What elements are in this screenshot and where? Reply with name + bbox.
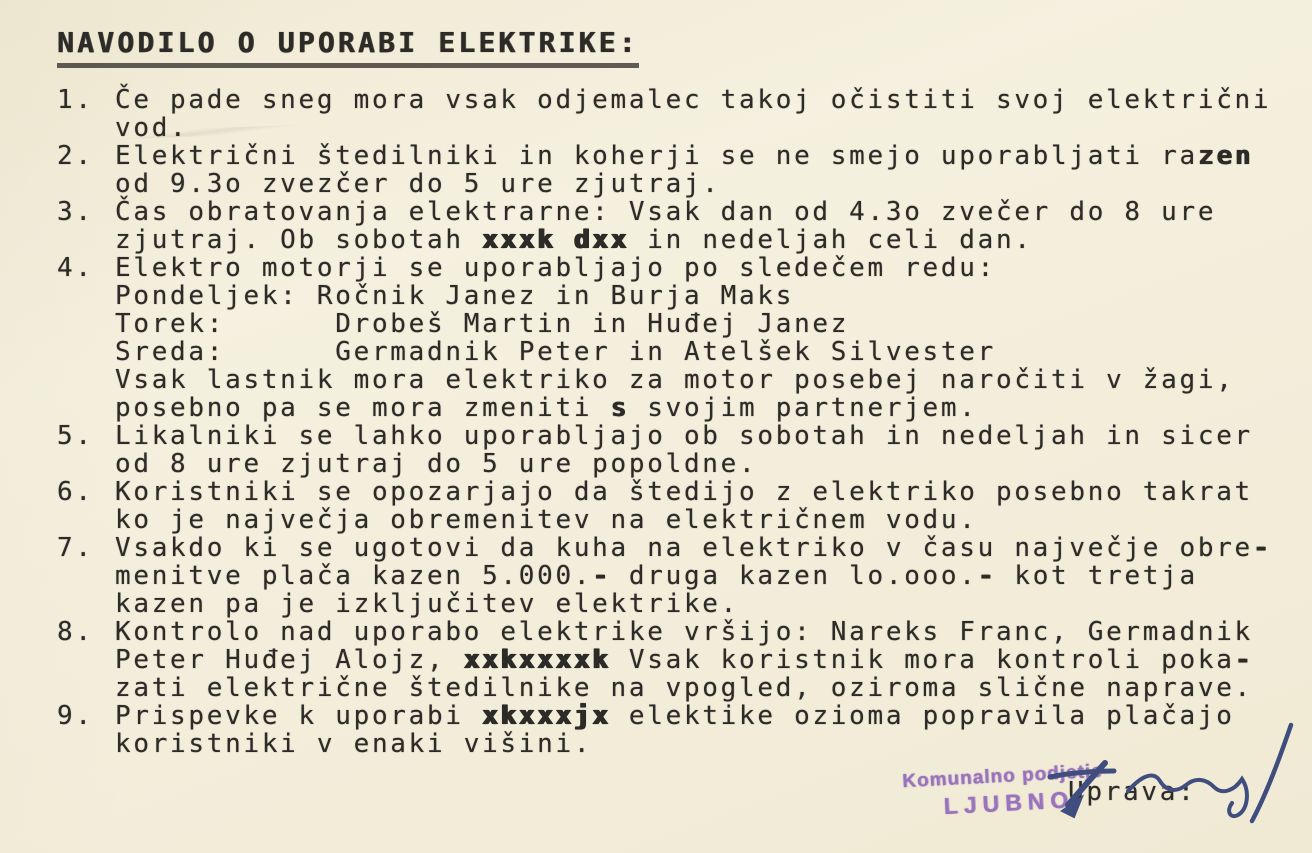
text-line: od 8 ure zjutraj do 5 ure popoldne. [115,450,1253,478]
item-number: 8. [57,618,115,702]
text-segment: svojim partnerjem. [629,393,978,423]
list-item: 9.Prispevke k uporabi xkxxxjx elektike o… [57,702,1292,758]
text-line: menitve plača kazen 5.000.- druga kazen … [115,562,1271,590]
text-segment: vod. [115,113,188,143]
text-segment: Vsak lastnik mora elektriko za motor pos… [115,365,1235,395]
text-segment: Peter Huđej Alojz, [115,645,464,675]
item-text: Električni štedilniki in koherji se ne s… [115,142,1253,198]
text-line: Vsakdo ki se ugotovi da kuha na elektrik… [115,534,1271,562]
text-segment: Elektro motorji se uporabljajo po sledeč… [115,253,996,283]
list-item: 6.Koristniki se opozarjajo da štedijo z … [57,478,1292,534]
text-segment: kazen pa je izključitev elektrike. [115,589,739,619]
item-number: 6. [57,478,115,534]
item-text: Vsakdo ki se ugotovi da kuha na elektrik… [115,534,1271,618]
text-segment: Kontrolo nad uporabo elektrike vršijo: N… [115,617,1253,647]
text-line: Prispevke k uporabi xkxxxjx elektike ozi… [115,702,1235,730]
item-text: Čas obratovanja elektrarne: Vsak dan od … [115,198,1216,254]
list-item: 5.Likalniki se lahko uporabljajo ob sobo… [57,422,1292,478]
text-segment: elektike ozioma popravila plačajo [611,701,1235,731]
struck-out-text: xxkxxxxk [464,645,611,675]
text-line: Kontrolo nad uporabo elektrike vršijo: N… [115,618,1253,646]
text-line: Pondeljek: Ročnik Janez in Burja Maks [115,282,1235,310]
text-segment: druga kazen lo.ooo. [611,561,978,591]
item-number: 2. [57,142,115,198]
text-line: posebno pa se mora zmeniti s svojim part… [115,394,1235,422]
text-segment: Pondeljek: Ročnik Janez in Burja Maks [115,281,794,311]
text-line: koristniki v enaki višini. [115,730,1235,758]
text-line: Sreda: Germadnik Peter in Atelšek Silves… [115,338,1235,366]
struck-out-text: xxxk dxx [482,225,629,255]
item-number: 5. [57,422,115,478]
item-text: Prispevke k uporabi xkxxxjx elektike ozi… [115,702,1235,758]
item-text: Elektro motorji se uporabljajo po sledeč… [115,254,1235,422]
overtyped-text: zen [1198,141,1253,171]
text-segment: zati električne štedilnike na vpogled, o… [115,673,1253,703]
list-item: 8.Kontrolo nad uporabo elektrike vršijo:… [57,618,1292,702]
list-item: 1.Če pade sneg mora vsak odjemalec takoj… [57,86,1292,142]
struck-out-text: xkxxxjx [482,701,610,731]
list-item: 7.Vsakdo ki se ugotovi da kuha na elektr… [57,534,1292,618]
text-line: Če pade sneg mora vsak odjemalec takoj o… [115,86,1271,114]
list-item: 4.Elektro motorji se uporabljajo po sled… [57,254,1292,422]
text-segment: od 9.3o zvezčer do 5 ure zjutraj. [115,169,721,199]
page-title: NAVODILO O UPORABI ELEKTRIKE: [57,26,639,68]
text-segment: ko je največja obremenitev na električne… [115,505,978,535]
instruction-list: 1.Če pade sneg mora vsak odjemalec takoj… [57,86,1292,758]
item-number: 1. [57,86,115,142]
item-text: Koristniki se opozarjajo da štedijo z el… [115,478,1253,534]
text-segment: Prispevke k uporabi [115,701,482,731]
text-segment: kot tretja [996,561,1198,591]
overtyped-text: - [592,561,610,591]
text-line: Torek: Drobeš Martin in Huđej Janez [115,310,1235,338]
text-segment: in nedeljah celi dan. [629,225,1033,255]
item-text: Likalniki se lahko uporabljajo ob sobota… [115,422,1253,478]
text-segment: od 8 ure zjutraj do 5 ure popoldne. [115,449,757,479]
text-segment: Če pade sneg mora vsak odjemalec takoj o… [115,85,1271,115]
text-line: od 9.3o zvezčer do 5 ure zjutraj. [115,170,1253,198]
list-item: 2.Električni štedilniki in koherji se ne… [57,142,1292,198]
list-item: 3.Čas obratovanja elektrarne: Vsak dan o… [57,198,1292,254]
text-segment: Torek: Drobeš Martin in Huđej Janez [115,309,849,339]
text-segment: zjutraj. Ob sobotah [115,225,482,255]
text-line: Električni štedilniki in koherji se ne s… [115,142,1253,170]
text-line: vod. [115,114,1271,142]
text-line: zati električne štedilnike na vpogled, o… [115,674,1253,702]
text-line: Koristniki se opozarjajo da štedijo z el… [115,478,1253,506]
text-segment: Likalniki se lahko uporabljajo ob sobota… [115,421,1253,451]
text-segment: Čas obratovanja elektrarne: Vsak dan od … [115,197,1216,227]
text-line: Peter Huđej Alojz, xxkxxxxk Vsak koristn… [115,646,1253,674]
text-line: ko je največja obremenitev na električne… [115,506,1253,534]
text-segment: posebno pa se mora zmeniti [115,393,611,423]
item-number: 9. [57,702,115,758]
overtyped-text: - [1253,533,1271,563]
text-segment: Koristniki se opozarjajo da štedijo z el… [115,477,1253,507]
text-segment: Vsak koristnik mora kontroli poka [611,645,1235,675]
text-line: Elektro motorji se uporabljajo po sledeč… [115,254,1235,282]
overtyped-text: - [978,561,996,591]
item-text: Če pade sneg mora vsak odjemalec takoj o… [115,86,1271,142]
item-number: 3. [57,198,115,254]
item-number: 7. [57,534,115,618]
overtyped-text: s [611,393,629,423]
text-line: Čas obratovanja elektrarne: Vsak dan od … [115,198,1216,226]
text-segment: koristniki v enaki višini. [115,729,592,759]
text-line: Vsak lastnik mora elektriko za motor pos… [115,366,1235,394]
text-line: zjutraj. Ob sobotah xxxk dxx in nedeljah… [115,226,1216,254]
text-segment: Vsakdo ki se ugotovi da kuha na elektrik… [115,533,1253,563]
item-number: 4. [57,254,115,422]
item-text: Kontrolo nad uporabo elektrike vršijo: N… [115,618,1253,702]
document-page: NAVODILO O UPORABI ELEKTRIKE: 1.Če pade … [0,0,1312,853]
text-line: Likalniki se lahko uporabljajo ob sobota… [115,422,1253,450]
text-segment: menitve plača kazen 5.000. [115,561,592,591]
text-line: kazen pa je izključitev elektrike. [115,590,1271,618]
text-segment: Sreda: Germadnik Peter in Atelšek Silves… [115,337,996,367]
text-segment: Električni štedilniki in koherji se ne s… [115,141,1198,171]
overtyped-text: - [1235,645,1253,675]
